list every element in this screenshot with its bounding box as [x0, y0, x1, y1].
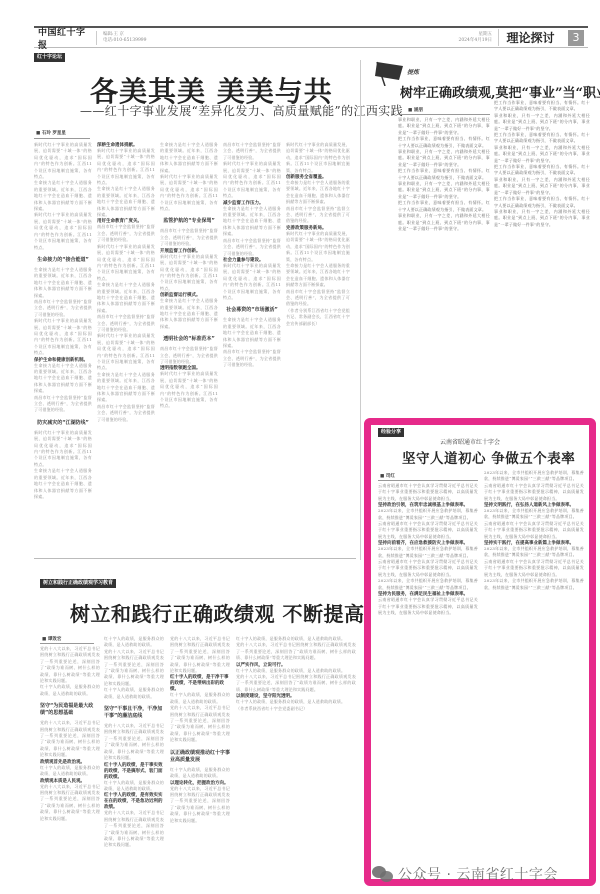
paragraph: 党的十八大以来，习近平总书记围绕树立和践行正确政绩观发表了一系列重要论述，深刻回… [40, 720, 100, 758]
paragraph: 把工作当作事业，意味着要有担当、有情怀。红十字人要以正确政绩观为指引，不做表面文… [398, 136, 490, 149]
paragraph: 南昌市红十字会监督坚持“监督立会、透明行善”，为全省提供了可借鉴的经验。 [223, 238, 281, 257]
paragraph: 生命接力是红十字会人道服务的重要领域。近年来，江西各地红十字会在造血干细胞、遗体… [34, 180, 92, 212]
paragraph: 新时代红十字事业的高质量发展，迫切需要“十域一体”的格局优化驱动，追求“国际国内… [97, 244, 155, 282]
paragraph: 生命接力是红十字会人道服务的重要领域。近年来，江西各地红十字会在造血干细胞、遗体… [34, 363, 92, 395]
paragraph: 新时代红十字事业的高质量发展，迫切需要“十域一体”的格局优化驱动，追求“国际国内… [223, 161, 281, 199]
paragraph: 新时代红十字事业的高质量发展，迫切需要“十域一体”的格局优化驱动，追求“国际国内… [34, 212, 92, 250]
subhead: 透明社会的“标准范本” [160, 335, 218, 342]
right-byline: ■ 涵朋 [408, 107, 423, 113]
paragraph: 南昌市红十字会监督坚持“监督立会、透明行善”，为全省提供了可借鉴的经验。 [160, 346, 218, 365]
subhead: 社会募资的“市场激活” [223, 306, 281, 313]
main-column-2: 深耕生命遗体捐献。 新时代红十字事业的高质量发展，迫切需要“十域一体”的格局优化… [97, 142, 155, 554]
editor-phone: 电话:010-65139999 [103, 38, 432, 44]
paragraph: 党的十八大以来，习近平总书记围绕树立和践行正确政绩观发表了一系列重要论述，深刻回… [104, 649, 164, 687]
page-number: 3 [568, 30, 584, 46]
newspaper-logo: 中国红十字报 [34, 25, 90, 51]
paragraph: 南昌市红十字会监督坚持“监督立会、透明行善”，为全省提供了可借鉴的经验。 [34, 299, 92, 318]
bottom-column-1: 党的十八大以来，习近平总书记围绕树立和践行正确政绩观发表了一系列重要论述，深刻回… [40, 646, 100, 886]
main-column-5: 新时代红十字事业的高质量发展，迫切需要“十域一体”的格局优化驱动，追求“国际国内… [286, 142, 350, 554]
subhead: 监管护航的“专业保驾” [160, 217, 218, 224]
paragraph: 新时代红十字事业的高质量发展，迫切需要“十域一体”的格局优化驱动，追求“国际国内… [160, 371, 218, 409]
paragraph: 把工作当作事业，意味着要有担当、有情怀。红十字人要以正确政绩观为指引，不做表面文… [398, 168, 490, 181]
paragraph: 南昌市红十字会监督坚持“监督立会、透明行善”，为全省提供了可借鉴的经验。 [97, 314, 155, 333]
paragraph: 生命接力是红十字会人道服务的重要领域。近年来，江西各地红十字会在造血干细胞、遗体… [223, 206, 281, 238]
bold-lead: 保护生命和健康创新机制。 [34, 357, 92, 363]
paragraph: 把工作当作事业，意味着要有担当、有情怀。红十字人要以正确政绩观为指引，不做表面文… [398, 200, 490, 213]
column-tag: 红十字论坛 [34, 53, 65, 62]
editor-info: 编辑:王 京 电话:010-65139999 [103, 32, 432, 44]
paragraph: 新时代红十字事业的高质量发展，迫切需要“十域一体”的格局优化驱动，追求“国际国内… [34, 142, 92, 180]
column-divider [360, 60, 361, 560]
paragraph: 把工作当作事业，意味着要有担当、有情怀。红十字人要以正确政绩观为指引，不做表面文… [494, 100, 590, 113]
paragraph: 党的十八大以来，习近平总书记围绕树立和践行正确政绩观发表了一系列重要论述，深刻回… [104, 810, 164, 848]
date: 2024年4月19日 [432, 38, 492, 44]
right-headline: 树牢正确政绩观,莫把“事业”当“职业” [400, 82, 600, 101]
paragraph: 事业和职业，只有一字之差，内涵和外延大相径庭。职业是“到点上班、到点下班”的分内… [494, 145, 590, 164]
paragraph: 事业和职业，只有一字之差，内涵和外延大相径庭。职业是“到点上班、到点下班”的分内… [494, 209, 590, 228]
paragraph: 事业和职业，只有一字之差，内涵和外延大相径庭。职业是“到点上班、到点下班”的分内… [398, 117, 490, 136]
paragraph: 生命接力是红十字会人道服务的重要领域。近年来，江西各地红十字会在造血干细胞、遗体… [34, 468, 92, 500]
column-label: 提炼 [407, 67, 419, 76]
paragraph: 生命接力是红十字会人道服务的重要领域。近年来，江西各地红十字会在造血干细胞、遗体… [160, 142, 218, 174]
paragraph: 党的十八大以来，习近平总书记围绕树立和践行正确政绩观发表了一系列重要论述，深刻回… [40, 646, 100, 684]
watermark-text: 公众号 · 云南省红十字会 [398, 864, 558, 884]
paragraph: 生命接力是红十字会人道服务的重要领域。近年来，江西各地红十字会在造血干细胞、遗体… [97, 372, 155, 404]
paragraph: 生命接力是红十字会人道服务的重要领域。近年来，江西各地红十字会在造血干细胞、遗体… [160, 298, 218, 330]
divider [96, 31, 97, 45]
paragraph: 新时代红十字事业的高质量发展，迫切需要“十域一体”的格局优化驱动，追求“国际国内… [34, 318, 92, 356]
bottom-byline: ■ 谭致宏 [42, 636, 61, 642]
paragraph: 党的十八大以来，习近平总书记围绕树立和践行正确政绩观发表了一系列重要论述，深刻回… [170, 705, 230, 743]
highlight-frame [364, 418, 596, 886]
subhead: 坚守“为民造福是最大政绩”的思想基础 [40, 702, 100, 716]
paragraph: 南昌市红十字会监督坚持“监督立会、透明行善”，为全省提供了可借鉴的经验。 [97, 404, 155, 423]
main-subheadline: ——红十字事业发展“差异化发力、高质量赋能”的江西实践 [80, 102, 403, 119]
subhead: 坚守“干事且干净，干净加干事”的廉洁底线 [104, 705, 164, 719]
paragraph: 事业和职业，只有一字之差，内涵和外延大相径庭。职业是“到点上班、到点下班”的分内… [398, 149, 490, 168]
paragraph: 南昌市红十字会监督坚持“监督立会、透明行善”，为全省提供了可借鉴的经验。 [223, 349, 281, 368]
right-column-2: 把工作当作事业，意味着要有担当、有情怀。红十字人要以正确政绩观为指引，不做表面文… [494, 100, 590, 413]
section-divider [34, 558, 356, 559]
bold-lead: 红十字人的政绩，是干净干事的政绩，不是带病出彩的政绩。 [170, 674, 230, 692]
paragraph: 南昌市红十字会监督坚持“监督立会、透明行善”，为全省提供了可借鉴的经验。 [34, 395, 92, 414]
paragraph: 党的十八大以来，习近平总书记围绕树立和践行正确政绩观发表了一系列重要论述，深刻回… [40, 784, 100, 822]
section-title: 理论探讨 [498, 29, 562, 46]
byline-rule [400, 114, 490, 115]
right-column-1: 事业和职业，只有一字之差，内涵和外延大相径庭。职业是“到点上班、到点下班”的分内… [398, 117, 490, 413]
paragraph: 新时代红十字事业的高质量发展，迫切需要“十域一体”的格局优化驱动，追求“国际国内… [34, 430, 92, 468]
main-column-1: 新时代红十字事业的高质量发展，迫切需要“十域一体”的格局优化驱动，追求“国际国内… [34, 142, 92, 554]
subhead: 生命接力的“接合能道” [34, 256, 92, 263]
bold-lead: 以理论转化，把握政治方向。 [170, 780, 230, 786]
paragraph: 新时代红十字事业的高质量发展，迫切需要“十域一体”的格局优化驱动，追求“国际国内… [160, 254, 218, 292]
paragraph: 事业和职业，只有一字之差，内涵和外延大相径庭。职业是“到点上班、到点下班”的分内… [398, 181, 490, 200]
paragraph: 南昌市红十字会监督坚持“监督立会、透明行善”，为全省提供了可借鉴的经验。 [286, 289, 350, 308]
paragraph: 新时代红十字事业的高质量发展，迫切需要“十域一体”的格局优化驱动，追求“国际国内… [286, 142, 350, 174]
paragraph: 党的十八大以来，习近平总书记围绕树立和践行正确政绩观发表了一系列重要论述，深刻回… [236, 642, 356, 661]
paragraph: 红十字人的政绩，是服务群众的政绩，是人道救助的政绩。 [236, 699, 356, 705]
paragraph: 生命接力是红十字会人道服务的重要领域。近年来，江西各地红十字会在造血干细胞、遗体… [286, 263, 350, 289]
bottom-column-3: 党的十八大以来，习近平总书记围绕树立和践行正确政绩观发表了一系列重要论述，深刻回… [170, 636, 230, 886]
byline-rule [34, 138, 90, 139]
paragraph: 南昌市红十字会监督坚持“监督立会、透明行善”，为全省提供了可借鉴的经验。 [97, 224, 155, 243]
main-column-3: 生命接力是红十字会人道服务的重要领域。近年来，江西各地红十字会在造血干细胞、遗体… [160, 142, 218, 554]
issue-date: 星期五 2024年4月19日 [432, 32, 492, 44]
subhead: 防灾减灾的“江湖防线” [34, 419, 92, 426]
paragraph: 生命接力是红十字会人道服务的重要领域。近年来，江西各地红十字会在造血干细胞、遗体… [97, 186, 155, 218]
bottom-column-4: 红十字人的政绩，是服务群众的政绩，是人道救助的政绩。 党的十八大以来，习近平总书… [236, 636, 356, 886]
paragraph: 红十字人的政绩，是服务群众的政绩，是人道救助的政绩。 [170, 767, 230, 780]
paragraph: 红十字人的政绩，是服务群众的政绩，是人道救助的政绩。 [170, 692, 230, 705]
author-note: （作者分别系江西省红十字会党组书记、常务副会长，江西省红十字会宣传部副部长） [286, 308, 350, 327]
subhead: 以正确政绩观推动红十字事业高质量发展 [170, 749, 230, 763]
paragraph: 党的十八大以来，习近平总书记围绕树立和践行正确政绩观发表了一系列重要论述，深刻回… [236, 674, 356, 693]
paragraph: 红十字人的政绩，是服务群众的政绩，是人道救助的政绩。 [104, 636, 164, 649]
author-note: （作者系陕西省红十字会党委副书记） [236, 706, 356, 712]
paragraph: 把工作当作事业，意味着要有担当、有情怀。红十字人要以正确政绩观为指引，不做表面文… [494, 132, 590, 145]
paragraph: 生命接力是红十字会人道服务的重要领域。近年来，江西各地红十字会在造血干细胞、遗体… [34, 267, 92, 299]
paragraph: 红十字人的政绩，是服务群众的政绩，是人道救助的政绩。 [40, 684, 100, 697]
masthead: 中国红十字报 编辑:王 京 电话:010-65139999 星期五 2024年4… [34, 26, 588, 48]
wechat-icon [372, 865, 394, 883]
paragraph: 新时代红十字事业的高质量发展，迫切需要“十域一体”的格局优化驱动，追求“国际国内… [223, 263, 281, 301]
paragraph: 事业和职业，只有一字之差，内涵和外延大相径庭。职业是“到点上班、到点下班”的分内… [494, 177, 590, 196]
paragraph: 把工作当作事业，意味着要有担当、有情怀。红十字人要以正确政绩观为指引，不做表面文… [494, 196, 590, 209]
bold-lead: 红十字人的政绩，是有效实实在在的政绩，不是急功近利的政绩。 [104, 792, 164, 810]
wechat-watermark: 公众号 · 云南省红十字会 [372, 862, 596, 886]
paragraph: 事业和职业，只有一字之差，内涵和外延大相径庭。职业是“到点上班、到点下班”的分内… [494, 113, 590, 132]
paragraph: 新时代红十字事业的高质量发展，迫切需要“十域一体”的格局优化驱动，追求“国际国内… [160, 174, 218, 212]
paragraph: 南昌市红十字会监督坚持“监督立会、透明行善”，为全省提供了可借鉴的经验。 [286, 206, 350, 225]
paragraph: 生命接力是红十字会人道服务的重要领域。近年来，江西各地红十字会在造血干细胞、遗体… [223, 317, 281, 349]
paragraph: 把工作当作事业，意味着要有担当、有情怀。红十字人要以正确政绩观为指引，不做表面文… [494, 164, 590, 177]
paragraph: 南昌市红十字会监督坚持“监督立会、透明行善”，为全省提供了可借鉴的经验。 [223, 142, 281, 161]
paragraph: 红十字人的政绩，是服务群众的政绩，是人道救助的政绩。 [104, 780, 164, 793]
paragraph: 生命接力是红十字会人道服务的重要领域。近年来，江西各地红十字会在造血干细胞、遗体… [97, 282, 155, 314]
bottom-column-2: 红十字人的政绩，是服务群众的政绩，是人道救助的政绩。 党的十八大以来，习近平总书… [104, 636, 164, 886]
paragraph: 新时代红十字事业的高质量发展，迫切需要“十域一体”的格局优化驱动，追求“国际国内… [97, 148, 155, 186]
paragraph: 生命接力是红十字会人道服务的重要领域。近年来，江西各地红十字会在造血干细胞、遗体… [286, 180, 350, 206]
paragraph: 党的十八大以来，习近平总书记围绕树立和践行正确政绩观发表了一系列重要论述，深刻回… [104, 723, 164, 761]
main-column-4: 南昌市红十字会监督坚持“监督立会、透明行善”，为全省提供了可借鉴的经验。 新时代… [223, 142, 281, 554]
paragraph: 党的十八大以来，习近平总书记围绕树立和践行正确政绩观发表了一系列重要论述，深刻回… [170, 786, 230, 824]
paragraph: 南昌市红十字会监督坚持“监督立会、透明行善”，为全省提供了可借鉴的经验。 [160, 228, 218, 247]
paragraph: 党的十八大以来，习近平总书记围绕树立和践行正确政绩观发表了一系列重要论述，深刻回… [170, 636, 230, 674]
paragraph: 新时代红十字事业的高质量发展，迫切需要“十域一体”的格局优化驱动，追求“国际国内… [286, 231, 350, 263]
paragraph: 红十字人的政绩，是服务群众的政绩，是人道救助的政绩。 [104, 687, 164, 700]
main-byline: ■ 石玲 罗星星 [36, 130, 66, 136]
paragraph: 红十字人的政绩，是服务群众的政绩，是人道救助的政绩。 [40, 765, 100, 778]
column-tag: 树立和践行正确政绩观学习教育 [40, 579, 116, 588]
paragraph: 事业和职业，只有一字之差，内涵和外延大相径庭。职业是“到点上班、到点下班”的分内… [398, 213, 490, 232]
bold-lead: 红十字人的政绩，是干事实效的政绩，不是搞形式、装门面的政绩。 [104, 762, 164, 780]
newspaper-page: 中国红十字报 编辑:王 京 电话:010-65139999 星期五 2024年4… [0, 0, 600, 894]
byline-rule [40, 643, 94, 644]
paragraph: 新时代红十字事业的高质量发展，迫切需要“十域一体”的格局优化驱动，追求“国际国内… [97, 333, 155, 371]
